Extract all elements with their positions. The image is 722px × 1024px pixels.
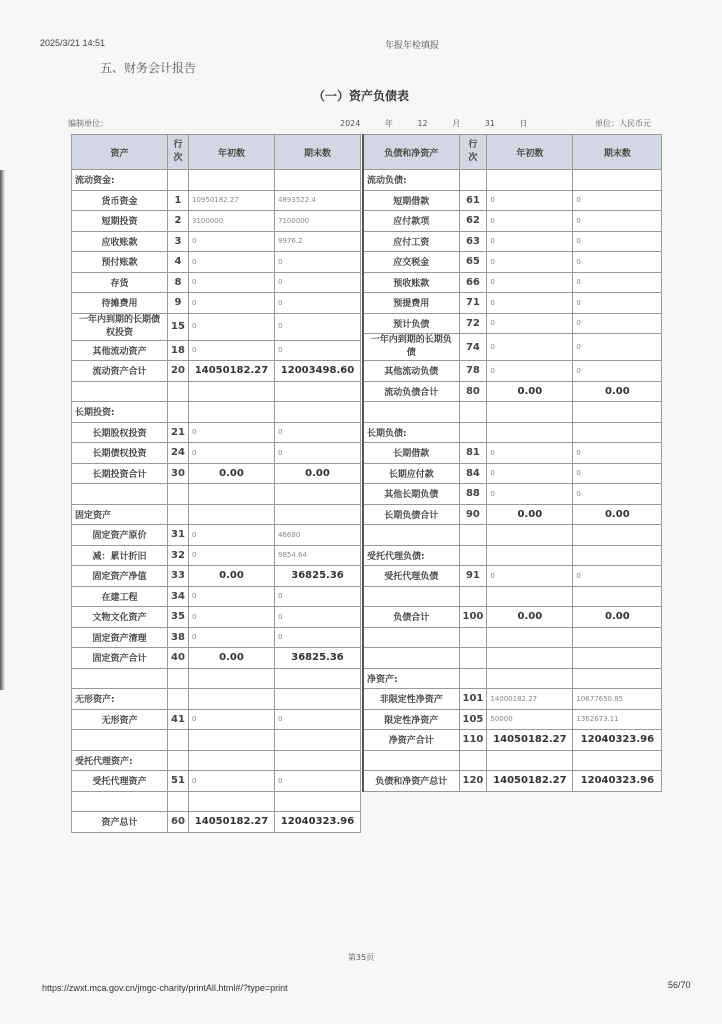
total-row: 流动负债合计800.000.00 xyxy=(363,381,662,402)
table-row: 受托代理资产5100 xyxy=(72,771,361,792)
section-row: 流动资金: xyxy=(72,170,361,191)
closing-value: 12040323.96 xyxy=(275,812,361,833)
row-number: 90 xyxy=(459,504,487,525)
table-row: 文物文化资产3500 xyxy=(72,607,361,628)
item-name: 在建工程 xyxy=(72,586,168,607)
item-name: 减：累计折旧 xyxy=(72,545,168,566)
blank-row xyxy=(363,402,662,423)
table-row: 一年内到期的长期债权投资1500 xyxy=(72,313,361,340)
section-row: 长期投资: xyxy=(72,402,361,423)
table-row: 短期投资231000007100000 xyxy=(72,211,361,232)
opening-cell xyxy=(487,525,573,546)
closing-value: 10677650.85 xyxy=(573,689,662,710)
item-name: 应付款项 xyxy=(363,211,459,232)
item-name: 固定资产合计 xyxy=(72,648,168,669)
opening-value: 0 xyxy=(487,334,573,361)
opening-value: 0 xyxy=(487,252,573,273)
row-number: 34 xyxy=(168,586,189,607)
opening-value: 0 xyxy=(487,211,573,232)
item-name: 其他流动负债 xyxy=(363,361,459,382)
opening-value: 0 xyxy=(487,463,573,484)
table-row: 待摊费用900 xyxy=(72,293,361,314)
opening-cell xyxy=(189,689,275,710)
row-number: 33 xyxy=(168,566,189,587)
item-name: 存货 xyxy=(72,272,168,293)
closing-value: 0 xyxy=(275,340,361,361)
row-no-cell xyxy=(459,422,487,443)
closing-cell xyxy=(275,750,361,771)
opening-value: 0 xyxy=(487,566,573,587)
closing-cell xyxy=(573,422,662,443)
row-number: 60 xyxy=(168,812,189,833)
preparer-unit-label: 编制单位： xyxy=(68,118,108,129)
row-number: 105 xyxy=(459,709,487,730)
closing-value: 12040323.96 xyxy=(573,730,662,751)
opening-value: 0 xyxy=(189,525,275,546)
row-number: 38 xyxy=(168,627,189,648)
item-name: 货币资金 xyxy=(72,190,168,211)
blank-row xyxy=(363,525,662,546)
closing-value: 0 xyxy=(275,709,361,730)
opening-value: 0.00 xyxy=(189,463,275,484)
col-header-opening: 年初数 xyxy=(189,135,275,170)
opening-value: 0.00 xyxy=(487,381,573,402)
item-name: 负债和净资产总计 xyxy=(363,771,459,792)
table-row: 无形资产4100 xyxy=(72,709,361,730)
table-row: 减：累计折旧3209854.64 xyxy=(72,545,361,566)
row-no-cell xyxy=(459,586,487,607)
section-label: 受托代理负债: xyxy=(363,545,459,566)
section-row: 净资产: xyxy=(363,668,662,689)
closing-value: 0 xyxy=(573,313,662,334)
opening-value: 0 xyxy=(189,313,275,340)
closing-value: 0 xyxy=(275,422,361,443)
item-name: 一年内到期的长期债权投资 xyxy=(72,313,168,340)
row-no-cell xyxy=(168,381,189,402)
total-row: 资产总计6014050182.2712040323.96 xyxy=(72,812,361,833)
opening-cell xyxy=(487,627,573,648)
item-name: 非限定性净资产 xyxy=(363,689,459,710)
closing-value: 0 xyxy=(573,443,662,464)
opening-cell xyxy=(189,791,275,812)
row-number: 78 xyxy=(459,361,487,382)
table-row: 其他流动资产1800 xyxy=(72,340,361,361)
opening-value: 0.00 xyxy=(487,607,573,628)
col-header-assets: 资产 xyxy=(72,135,168,170)
day-label: 日 xyxy=(519,119,527,128)
item-name: 长期应付款 xyxy=(363,463,459,484)
report-month: 12 xyxy=(417,119,427,128)
name-cell xyxy=(72,484,168,505)
closing-value: 7100000 xyxy=(275,211,361,232)
closing-value: 0 xyxy=(275,313,361,340)
closing-cell xyxy=(573,170,662,191)
closing-cell xyxy=(275,484,361,505)
closing-value: 0 xyxy=(275,272,361,293)
row-number: 74 xyxy=(459,334,487,361)
closing-value: 0 xyxy=(275,293,361,314)
row-number: 66 xyxy=(459,272,487,293)
row-no-cell xyxy=(459,627,487,648)
closing-value: 9854.64 xyxy=(275,545,361,566)
row-number: 88 xyxy=(459,484,487,505)
opening-value: 0 xyxy=(189,627,275,648)
opening-cell xyxy=(189,170,275,191)
total-row: 长期投资合计300.000.00 xyxy=(72,463,361,484)
opening-value: 0.00 xyxy=(487,504,573,525)
row-no-cell xyxy=(168,402,189,423)
closing-value: 0 xyxy=(573,334,662,361)
name-cell xyxy=(72,381,168,402)
item-name: 无形资产 xyxy=(72,709,168,730)
row-no-cell xyxy=(459,402,487,423)
col-header-opening: 年初数 xyxy=(487,135,573,170)
closing-cell xyxy=(275,791,361,812)
opening-value: 0 xyxy=(487,484,573,505)
row-number: 2 xyxy=(168,211,189,232)
row-no-cell xyxy=(459,668,487,689)
item-name: 流动负债合计 xyxy=(363,381,459,402)
opening-value: 0 xyxy=(487,272,573,293)
item-name: 固定资产净值 xyxy=(72,566,168,587)
total-row: 净资产合计11014050182.2712040323.96 xyxy=(363,730,662,751)
blank-row xyxy=(72,484,361,505)
row-no-cell xyxy=(459,648,487,669)
item-name: 长期债权投资 xyxy=(72,443,168,464)
blank-row xyxy=(363,750,662,771)
closing-value: 0 xyxy=(275,443,361,464)
opening-cell xyxy=(189,381,275,402)
item-name: 长期借款 xyxy=(363,443,459,464)
report-year: 2024 xyxy=(340,119,360,128)
section-row: 受托代理资产: xyxy=(72,750,361,771)
opening-value: 0 xyxy=(189,272,275,293)
closing-cell xyxy=(573,750,662,771)
closing-value: 1362673.11 xyxy=(573,709,662,730)
closing-cell xyxy=(573,668,662,689)
table-row: 预计负债7200 xyxy=(363,313,662,334)
section-label: 固定资产 xyxy=(72,504,168,525)
total-row: 长期负债合计900.000.00 xyxy=(363,504,662,525)
row-number: 71 xyxy=(459,293,487,314)
opening-value: 0 xyxy=(189,340,275,361)
table-row: 受托代理负债9100 xyxy=(363,566,662,587)
table-row: 长期股权投资2100 xyxy=(72,422,361,443)
table-row: 短期借款6100 xyxy=(363,190,662,211)
opening-value: 0 xyxy=(487,231,573,252)
row-no-cell xyxy=(459,750,487,771)
section-row: 固定资产 xyxy=(72,504,361,525)
table-row: 长期借款8100 xyxy=(363,443,662,464)
section-row: 流动负债: xyxy=(363,170,662,191)
table-row: 固定资产清理3800 xyxy=(72,627,361,648)
opening-value: 0 xyxy=(189,231,275,252)
opening-value: 0 xyxy=(189,545,275,566)
name-cell xyxy=(72,791,168,812)
opening-value: 0 xyxy=(189,709,275,730)
report-date: 2024 年 12 月 31 日 xyxy=(340,118,549,129)
total-row: 负债和净资产总计12014050182.2712040323.96 xyxy=(363,771,662,792)
item-name: 长期股权投资 xyxy=(72,422,168,443)
report-day: 31 xyxy=(485,119,495,128)
opening-value: 0 xyxy=(487,190,573,211)
row-number: 4 xyxy=(168,252,189,273)
row-no-cell xyxy=(168,484,189,505)
closing-cell xyxy=(573,586,662,607)
row-no-cell xyxy=(168,170,189,191)
closing-value: 4893522.4 xyxy=(275,190,361,211)
row-number: 61 xyxy=(459,190,487,211)
row-number: 63 xyxy=(459,231,487,252)
section-label: 长期投资: xyxy=(72,402,168,423)
opening-cell xyxy=(487,648,573,669)
section-label: 无形资产: xyxy=(72,689,168,710)
closing-value: 0 xyxy=(573,231,662,252)
scan-edge-shadow xyxy=(0,170,5,690)
blank-row xyxy=(72,668,361,689)
assets-header-row: 资产 行 次 年初数 期末数 xyxy=(72,135,361,170)
opening-value: 14000182.27 xyxy=(487,689,573,710)
item-name: 负债合计 xyxy=(363,607,459,628)
col-header-closing: 期末数 xyxy=(573,135,662,170)
row-number: 1 xyxy=(168,190,189,211)
item-name: 预收账款 xyxy=(363,272,459,293)
closing-value: 9976.2 xyxy=(275,231,361,252)
row-no-cell xyxy=(459,525,487,546)
total-row: 负债合计1000.000.00 xyxy=(363,607,662,628)
opening-cell xyxy=(189,668,275,689)
item-name: 长期负债合计 xyxy=(363,504,459,525)
closing-value: 0 xyxy=(275,586,361,607)
row-number: 3 xyxy=(168,231,189,252)
closing-value: 36825.36 xyxy=(275,566,361,587)
opening-cell xyxy=(189,730,275,751)
row-number: 62 xyxy=(459,211,487,232)
blank-row xyxy=(363,627,662,648)
name-cell xyxy=(363,402,459,423)
section-row: 受托代理负债: xyxy=(363,545,662,566)
row-number: 31 xyxy=(168,525,189,546)
row-number: 21 xyxy=(168,422,189,443)
closing-value: 12040323.96 xyxy=(573,771,662,792)
row-number: 35 xyxy=(168,607,189,628)
row-no-cell xyxy=(459,545,487,566)
closing-cell xyxy=(275,668,361,689)
opening-value: 0 xyxy=(189,607,275,628)
table-row: 非限定性净资产10114000182.2710677650.85 xyxy=(363,689,662,710)
item-name: 应交税金 xyxy=(363,252,459,273)
blank-row xyxy=(72,791,361,812)
row-number: 81 xyxy=(459,443,487,464)
item-name: 应付工资 xyxy=(363,231,459,252)
opening-value: 10950182.27 xyxy=(189,190,275,211)
row-number: 8 xyxy=(168,272,189,293)
col-header-row-no: 行 次 xyxy=(459,135,487,170)
item-name: 固定资产原价 xyxy=(72,525,168,546)
row-number: 24 xyxy=(168,443,189,464)
closing-value: 0 xyxy=(573,293,662,314)
opening-value: 0 xyxy=(189,252,275,273)
table-row: 应付款项6200 xyxy=(363,211,662,232)
row-number: 40 xyxy=(168,648,189,669)
closing-value: 0 xyxy=(275,771,361,792)
page-url: https://zwxt.mca.gov.cn/jmgc-charity/pri… xyxy=(42,983,288,993)
section-label: 流动资金: xyxy=(72,170,168,191)
row-number: 32 xyxy=(168,545,189,566)
closing-value: 0 xyxy=(275,252,361,273)
table-row: 存货800 xyxy=(72,272,361,293)
blank-row xyxy=(72,381,361,402)
row-number: 110 xyxy=(459,730,487,751)
item-name: 短期投资 xyxy=(72,211,168,232)
blank-row xyxy=(363,586,662,607)
closing-value: 12003498.60 xyxy=(275,361,361,382)
closing-cell xyxy=(275,689,361,710)
opening-value: 0 xyxy=(487,313,573,334)
item-name: 资产总计 xyxy=(72,812,168,833)
opening-cell xyxy=(487,586,573,607)
closing-cell xyxy=(275,170,361,191)
opening-value: 14050182.27 xyxy=(189,361,275,382)
item-name: 一年内到期的长期负债 xyxy=(363,334,459,361)
item-name: 文物文化资产 xyxy=(72,607,168,628)
name-cell xyxy=(72,668,168,689)
row-number: 20 xyxy=(168,361,189,382)
section-label: 长期负债: xyxy=(363,422,459,443)
closing-cell xyxy=(573,525,662,546)
opening-value: 0.00 xyxy=(189,648,275,669)
closing-cell xyxy=(275,730,361,751)
opening-value: 0 xyxy=(487,361,573,382)
closing-value: 46680 xyxy=(275,525,361,546)
table-row: 长期债权投资2400 xyxy=(72,443,361,464)
name-cell xyxy=(363,525,459,546)
page-number: 第35页 xyxy=(0,952,722,963)
table-row: 预付账款400 xyxy=(72,252,361,273)
item-name: 应收账款 xyxy=(72,231,168,252)
opening-value: 0 xyxy=(487,293,573,314)
closing-value: 0.00 xyxy=(573,504,662,525)
item-name: 固定资产清理 xyxy=(72,627,168,648)
row-no-cell xyxy=(459,170,487,191)
closing-cell xyxy=(573,545,662,566)
name-cell xyxy=(363,586,459,607)
opening-cell xyxy=(189,402,275,423)
opening-value: 14050182.27 xyxy=(189,812,275,833)
opening-value: 14050182.27 xyxy=(487,730,573,751)
total-row: 固定资产合计400.0036825.36 xyxy=(72,648,361,669)
closing-value: 0 xyxy=(573,361,662,382)
row-number: 15 xyxy=(168,313,189,340)
item-name: 受托代理资产 xyxy=(72,771,168,792)
liabilities-table: 负债和净资产 行 次 年初数 期末数 流动负债:短期借款6100应付款项6200… xyxy=(362,134,662,792)
closing-value: 0 xyxy=(573,190,662,211)
item-name: 预提费用 xyxy=(363,293,459,314)
row-number: 84 xyxy=(459,463,487,484)
opening-cell xyxy=(189,750,275,771)
table-row: 在建工程3400 xyxy=(72,586,361,607)
opening-value: 3100000 xyxy=(189,211,275,232)
closing-value: 0 xyxy=(573,463,662,484)
table-row: 应付工资6300 xyxy=(363,231,662,252)
section-label: 流动负债: xyxy=(363,170,459,191)
blank-row xyxy=(72,730,361,751)
opening-cell xyxy=(189,484,275,505)
closing-cell xyxy=(573,648,662,669)
row-number: 41 xyxy=(168,709,189,730)
col-header-closing: 期末数 xyxy=(275,135,361,170)
opening-value: 50000 xyxy=(487,709,573,730)
row-no-cell xyxy=(168,668,189,689)
item-name: 长期投资合计 xyxy=(72,463,168,484)
month-label: 月 xyxy=(452,119,460,128)
item-name: 预付账款 xyxy=(72,252,168,273)
opening-value: 0 xyxy=(487,443,573,464)
closing-value: 0 xyxy=(573,484,662,505)
table-row: 预收账款6600 xyxy=(363,272,662,293)
row-number: 80 xyxy=(459,381,487,402)
row-no-cell xyxy=(168,730,189,751)
row-number: 72 xyxy=(459,313,487,334)
closing-value: 0.00 xyxy=(275,463,361,484)
opening-value: 0 xyxy=(189,422,275,443)
row-no-cell xyxy=(168,750,189,771)
table-row: 其他长期负债8800 xyxy=(363,484,662,505)
section-label: 净资产: xyxy=(363,668,459,689)
item-name: 预计负债 xyxy=(363,313,459,334)
name-cell xyxy=(363,627,459,648)
closing-cell xyxy=(573,402,662,423)
closing-value: 0.00 xyxy=(573,381,662,402)
section-title: 五、财务会计报告 xyxy=(100,59,196,76)
row-number: 101 xyxy=(459,689,487,710)
row-number: 9 xyxy=(168,293,189,314)
total-row: 流动资产合计2014050182.2712003498.60 xyxy=(72,361,361,382)
closing-value: 0 xyxy=(573,566,662,587)
table-row: 应收账款309976.2 xyxy=(72,231,361,252)
row-number: 100 xyxy=(459,607,487,628)
name-cell xyxy=(72,730,168,751)
row-number: 18 xyxy=(168,340,189,361)
table-row: 应交税金6500 xyxy=(363,252,662,273)
item-name: 净资产合计 xyxy=(363,730,459,751)
closing-cell xyxy=(275,504,361,525)
closing-value: 0 xyxy=(573,272,662,293)
closing-value: 0 xyxy=(275,627,361,648)
opening-value: 0 xyxy=(189,771,275,792)
table-row: 其他流动负债7800 xyxy=(363,361,662,382)
item-name: 其他长期负债 xyxy=(363,484,459,505)
closing-cell xyxy=(573,627,662,648)
table-row: 一年内到期的长期负债7400 xyxy=(363,334,662,361)
section-label: 受托代理资产: xyxy=(72,750,168,771)
item-name: 其他流动资产 xyxy=(72,340,168,361)
opening-cell xyxy=(189,504,275,525)
closing-value: 0 xyxy=(275,607,361,628)
section-row: 无形资产: xyxy=(72,689,361,710)
opening-value: 14050182.27 xyxy=(487,771,573,792)
closing-value: 0 xyxy=(573,211,662,232)
row-no-cell xyxy=(168,689,189,710)
row-no-cell xyxy=(168,504,189,525)
closing-cell xyxy=(275,402,361,423)
name-cell xyxy=(363,648,459,669)
print-page-title: 年报年检填报 xyxy=(385,38,439,51)
closing-value: 0.00 xyxy=(573,607,662,628)
table-row: 固定资产原价31046680 xyxy=(72,525,361,546)
closing-value: 36825.36 xyxy=(275,648,361,669)
row-number: 51 xyxy=(168,771,189,792)
